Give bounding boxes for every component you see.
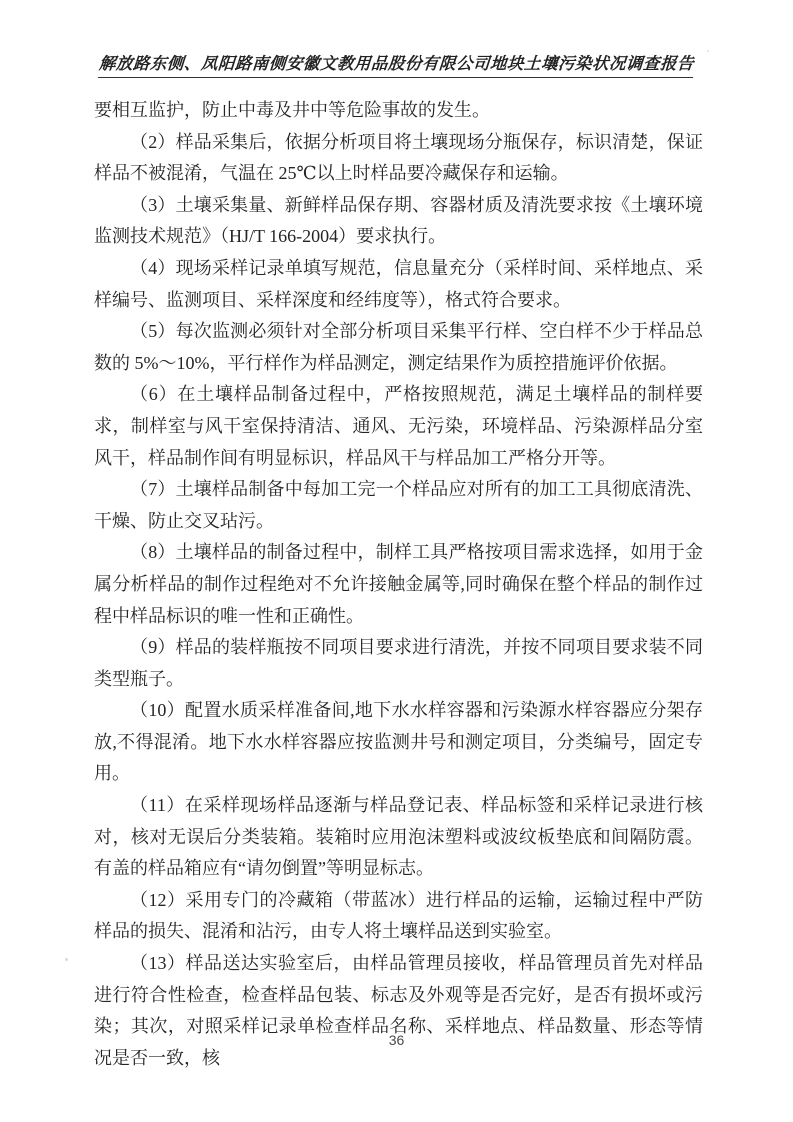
paragraph-item-12: （12）采用专门的冷藏箱（带蓝冰）进行样品的运输，运输过程中严防样品的损失、混淆… xyxy=(94,885,703,948)
paragraph-item-10: （10）配置水质采样准备间,地下水水样容器和污染源水样容器应分架存放,不得混淆。… xyxy=(94,695,703,790)
paragraph-item-9: （9）样品的装样瓶按不同项目要求进行清洗，并按不同项目要求装不同类型瓶子。 xyxy=(94,632,703,695)
report-header-title: 解放路东侧、凤阳路南侧安徽文教用品股份有限公司地块土壤污染状况调查报告 xyxy=(98,50,695,78)
paragraph-item-7: （7）土壤样品制备中每加工完一个样品应对所有的加工工具彻底清洗、干燥、防止交叉玷… xyxy=(94,474,703,537)
document-page: 解放路东侧、凤阳路南侧安徽文教用品股份有限公司地块土壤污染状况调查报告 要相互监… xyxy=(0,0,793,1122)
report-header: 解放路东侧、凤阳路南侧安徽文教用品股份有限公司地块土壤污染状况调查报告 xyxy=(0,50,793,78)
paragraph-item-11: （11）在采样现场样品逐渐与样品登记表、样品标签和采样记录进行核对，核对无误后分… xyxy=(94,790,703,885)
paragraph-item-6: （6）在土壤样品制备过程中，严格按照规范，满足土壤样品的制样要求，制样室与风干室… xyxy=(94,379,703,474)
body-text-block: 要相互监护，防止中毒及井中等危险事故的发生。 （2）样品采集后，依据分析项目将土… xyxy=(94,95,703,1074)
paragraph-item-4: （4）现场采样记录单填写规范，信息量充分（采样时间、采样地点、采样编号、监测项目… xyxy=(94,253,703,316)
scan-speck xyxy=(707,50,709,52)
paragraph-item-2: （2）样品采集后，依据分析项目将土壤现场分瓶保存，标识清楚，保证样品不被混淆，气… xyxy=(94,127,703,190)
paragraph-item-5: （5）每次监测必须针对全部分析项目采集平行样、空白样不少于样品总数的 5%～10… xyxy=(94,316,703,379)
paragraph-item-13: （13）样品送达实验室后，由样品管理员接收，样品管理员首先对样品进行符合性检查，… xyxy=(94,948,703,1074)
page-number: 36 xyxy=(0,1032,793,1048)
paragraph-item-3: （3）土壤采集量、新鲜样品保存期、容器材质及清洗要求按《土壤环境监测技术规范》（… xyxy=(94,190,703,253)
paragraph-continuation: 要相互监护，防止中毒及井中等危险事故的发生。 xyxy=(94,95,703,127)
paragraph-item-8: （8）土壤样品的制备过程中，制样工具严格按项目需求选择，如用于金属分析样品的制作… xyxy=(94,537,703,632)
scan-speck xyxy=(65,958,68,961)
